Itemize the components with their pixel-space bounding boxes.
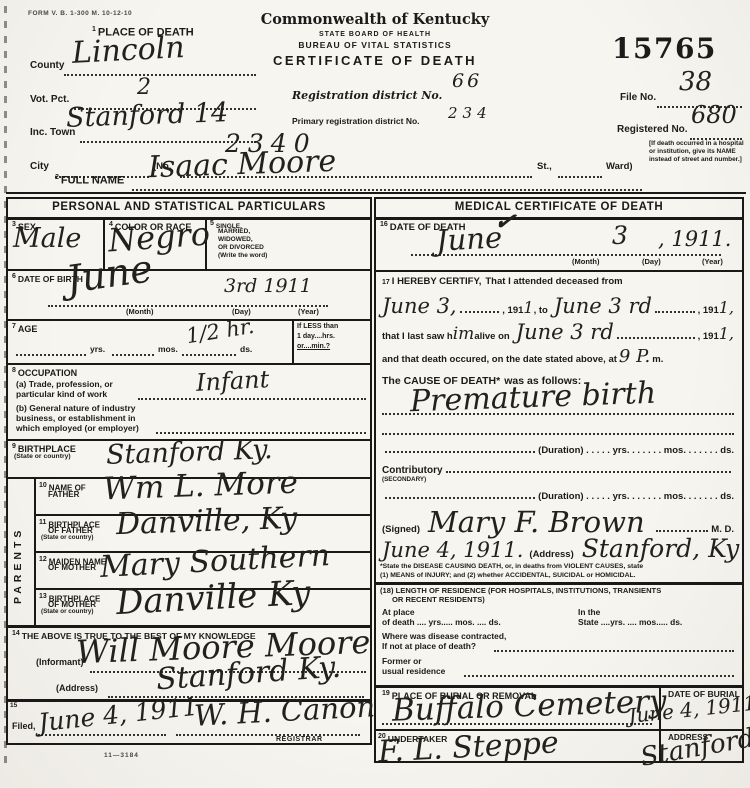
occupation-heading: 8OCCUPATION <box>12 367 77 379</box>
section-14-number: 14 <box>12 630 20 637</box>
parents-vertical-label: PARENTS <box>13 499 25 604</box>
disease-contracted-line1: Where was disease contracted, <box>382 632 506 641</box>
section-19-number: 19 <box>382 690 390 697</box>
county-value-handwriting: Lincoln <box>71 33 185 69</box>
father-name-handwriting: Wm L. More <box>103 468 299 506</box>
last-saw-date-handwriting: June 3 rd <box>516 327 614 338</box>
vot-pct-value-handwriting: 2 <box>137 77 151 99</box>
death-occured-label: and that death occured, on the date stat… <box>382 354 617 365</box>
registration-district-label: Registration district No. <box>292 90 442 102</box>
section-16-number: 16 <box>380 221 388 228</box>
dotted-leader <box>16 354 86 356</box>
certificate-number: 15765 <box>612 34 717 65</box>
section-13-number: 13 <box>39 593 47 600</box>
section-8-number: 8 <box>12 367 16 374</box>
residence-header-line2: OR RECENT RESIDENTS) <box>392 596 485 604</box>
section-10-number: 10 <box>39 482 47 489</box>
certify-line-3: that I last saw h im alive on June 3 rd … <box>382 327 734 342</box>
dob-month-label: (Month) <box>126 308 153 316</box>
dotted-leader <box>48 305 328 307</box>
section-5-number: 5 <box>210 220 214 227</box>
marital-line4: OR DIVORCED <box>218 244 264 251</box>
residence-at-place-line1: At place <box>382 608 415 617</box>
meridiem-label: m. <box>652 354 663 365</box>
attended-from-handwriting: June 3, <box>382 301 457 312</box>
signed-address-handwriting: Stanford, Ky <box>582 543 740 556</box>
city-label: City <box>30 161 49 172</box>
residence-in-state-line1: In the <box>578 608 600 617</box>
section-9-number: 9 <box>12 443 16 450</box>
occupation-a-line2: particular kind of work <box>16 390 107 399</box>
death-year-handwriting: , 1911. <box>658 229 731 250</box>
state-board-line: STATE BOARD OF HEALTH <box>258 31 492 39</box>
dotted-leader <box>132 189 642 191</box>
full-name-label: FULL NAME <box>61 175 124 187</box>
dotted-leader <box>138 398 366 400</box>
age-heading: 7AGE <box>12 323 37 335</box>
cell-divider <box>292 319 294 363</box>
registrar-label: REGISTRAR <box>276 736 323 744</box>
death-day-label: (Day) <box>642 258 661 266</box>
physician-signature-handwriting: Mary F. Brown <box>428 515 645 530</box>
cause-footnote-line2: (1) MEANS of INJURY; and (2) whether ACC… <box>380 572 636 579</box>
personal-section: PERSONAL AND STATISTICAL PARTICULARS 3SE… <box>6 197 372 745</box>
dob-year-label: (Year) <box>298 308 319 316</box>
section-12-number: 12 <box>39 556 47 563</box>
registration-district-value-handwriting: 66 <box>452 72 482 91</box>
death-certificate-scan: FORM V. B. 1-300 M. 10-12-10 1PLACE OF D… <box>0 0 750 788</box>
medical-section: MEDICAL CERTIFICATE OF DEATH 16DATE OF D… <box>374 197 744 763</box>
file-no-value-handwriting: 38 <box>679 69 712 95</box>
commonwealth-line: Commonwealth of Kentucky <box>258 12 492 28</box>
contributory-label: Contributory <box>382 465 443 476</box>
saw-year-digit-handwriting: 1, <box>719 330 734 338</box>
signed-date-handwriting: June 4, 1911. <box>382 545 523 556</box>
burial-place-handwriting: Buffalo Cemetery <box>392 686 667 727</box>
occupation-a-line1: (a) Trade, profession, or <box>16 380 113 389</box>
age-mos-label: mos. <box>158 345 178 354</box>
ward-label: Ward) <box>606 162 633 172</box>
dob-month-handwriting: June <box>64 249 155 299</box>
signed-date-line: June 4, 1911. (Address) Stanford, Ky <box>382 543 734 560</box>
rule <box>376 270 742 272</box>
contributory-line: Contributory <box>382 465 734 476</box>
attended-to-handwriting: June 3 rd <box>554 301 652 312</box>
certify-line-4: and that death occured, on the date stat… <box>382 352 734 365</box>
full-name-heading: 2FULL NAME <box>55 174 124 187</box>
personal-section-title: PERSONAL AND STATISTICAL PARTICULARS <box>8 201 370 213</box>
dotted-leader <box>385 451 535 453</box>
him-handwriting: im <box>453 330 475 339</box>
dotted-leader <box>494 650 734 652</box>
section-17-number: 17 <box>382 279 390 286</box>
dotted-leader <box>176 734 360 736</box>
dob-day-year-handwriting: 3rd 1911 <box>224 277 312 296</box>
dotted-leader <box>385 497 535 499</box>
double-rule-top <box>6 192 746 194</box>
age-less-line1: If LESS than <box>297 323 338 331</box>
mother-birthplace-handwriting: Danville Ky <box>115 576 311 620</box>
death-year-label: (Year) <box>702 258 723 266</box>
residence-at-place-line2: of death .... yrs..... mos. .... ds. <box>382 618 501 627</box>
rule <box>376 729 742 731</box>
year-print-label: , 191 <box>698 305 719 316</box>
section-7-number: 7 <box>12 323 16 330</box>
year-print-label: , 191 <box>698 331 719 342</box>
father-name-label2: FATHER <box>48 491 79 500</box>
certify-bold-label: I HEREBY CERTIFY, <box>392 276 482 287</box>
sex-value-handwriting: Male <box>13 225 81 252</box>
dotted-leader <box>64 74 256 76</box>
dotted-leader <box>464 675 734 677</box>
certify-line-1: 17 I HEREBY CERTIFY, That I attended dec… <box>382 276 734 287</box>
section-1-number: 1 <box>92 26 96 33</box>
primary-district-label: Primary registration district No. <box>292 117 420 126</box>
age-less-line3: or....min.? <box>297 343 330 351</box>
age-less-line2: 1 day....hrs. <box>297 333 335 341</box>
registrar-signature-handwriting: W. H. Canon <box>193 692 375 730</box>
heavy-rule <box>376 582 742 585</box>
residence-in-state-line2: State ....yrs. .... mos..... ds. <box>578 618 682 627</box>
signed-label: (Signed) <box>382 524 420 535</box>
rule <box>8 269 370 271</box>
occupation-value-handwriting: Infant <box>195 367 269 395</box>
form-code: FORM V. B. 1-300 M. 10-12-10 <box>28 10 132 17</box>
rule <box>376 217 742 220</box>
disease-contracted-line2: If not at place of death? <box>382 642 476 651</box>
alive-on-label: alive on <box>474 331 509 342</box>
mother-birthplace-sub: (State or country) <box>41 609 93 616</box>
informant-address-label: (Address) <box>56 684 98 694</box>
marital-line2: MARRIED, <box>218 228 250 235</box>
footer-plate-code: 11—3184 <box>104 752 139 759</box>
age-yrs-label: yrs. <box>90 345 105 354</box>
signed-address-label: (Address) <box>529 549 573 560</box>
file-no-label: File No. <box>620 92 656 103</box>
duration-labels: (Duration) . . . . . yrs. . . . . . . mo… <box>538 491 734 502</box>
rule <box>8 319 370 321</box>
dotted-leader <box>112 354 154 356</box>
occupation-b-line3: which employed (or employer) <box>16 424 139 433</box>
undertaker-signature-handwriting: F. L. Steppe <box>377 728 559 767</box>
hospital-note: [If death occurred in a hospital or inst… <box>649 140 744 164</box>
dotted-leader <box>617 337 695 339</box>
section-15-number: 15 <box>10 702 17 709</box>
certify-line-2: June 3, , 191 1 , to June 3 rd , 191 1, <box>382 301 734 316</box>
from-year-digit-handwriting: 1 <box>523 304 533 312</box>
age-ds-label: ds. <box>240 345 252 354</box>
signed-line: (Signed) Mary F. Brown M. D. <box>382 515 734 535</box>
death-month-label: (Month) <box>572 258 599 266</box>
registered-no-value-handwriting: 680 <box>691 103 737 127</box>
dotted-leader <box>182 354 236 356</box>
dotted-leader <box>460 311 500 313</box>
dotted-leader <box>655 311 695 313</box>
full-name-value-handwriting: Isaac Moore <box>148 147 337 184</box>
age-label: AGE <box>18 324 38 334</box>
vot-pct-label: Vot. Pct. <box>30 94 69 105</box>
duration-line-2: (Duration) . . . . . yrs. . . . . . . mo… <box>382 491 734 502</box>
birthplace-sub-label: (State or country) <box>14 453 71 460</box>
section-2-number: 2 <box>55 174 59 181</box>
street-label: St., <box>537 162 552 172</box>
duration-labels: (Duration) . . . . . yrs. . . . . . . mo… <box>538 445 734 456</box>
medical-section-title: MEDICAL CERTIFICATE OF DEATH <box>376 201 742 213</box>
marital-write-word-label: (Write the word) <box>218 252 267 259</box>
primary-district-value-handwriting: 234 <box>448 106 492 121</box>
father-birthplace-handwriting: Danville, Ky <box>116 504 298 540</box>
year-print-label: , 191 <box>502 305 523 316</box>
duration-line-1: (Duration) . . . . . yrs. . . . . . . mo… <box>382 445 734 456</box>
to-year-digit-handwriting: 1, <box>719 304 734 312</box>
section-11-number: 11 <box>39 519 46 526</box>
cause-of-death-handwriting: Premature birth <box>410 379 657 418</box>
section-6-number: 6 <box>12 273 16 280</box>
to-word-label: , to <box>534 305 548 316</box>
county-label: County <box>30 60 64 71</box>
rule <box>8 363 370 365</box>
certify-rest-label: That I attended deceased from <box>485 276 622 287</box>
secondary-label: (SECONDARY) <box>382 477 426 484</box>
hour-handwriting: 9 P. <box>619 352 650 361</box>
marital-line3: WIDOWED, <box>218 236 253 243</box>
dotted-leader <box>558 176 602 178</box>
last-saw-label: that I last saw h <box>382 331 453 342</box>
dotted-leader <box>446 471 731 473</box>
death-day-handwriting: 3 <box>612 223 628 248</box>
death-month-handwriting: June <box>435 223 503 255</box>
cause-footnote-line1: *State the DISEASE CAUSING DEATH, or, in… <box>380 563 643 570</box>
mother-maiden-label2: OF MOTHER <box>48 564 96 573</box>
father-birthplace-sub: (State or country) <box>41 535 93 542</box>
former-residence-line2: usual residence <box>382 667 445 676</box>
certificate-title: CERTIFICATE OF DEATH <box>258 54 492 68</box>
occupation-label: OCCUPATION <box>18 368 77 378</box>
dotted-leader <box>382 433 734 435</box>
occupation-b-line1: (b) General nature of industry <box>16 404 136 413</box>
birthplace-value-handwriting: Stanford Ky. <box>106 436 273 469</box>
bureau-line: BUREAU OF VITAL STATISTICS <box>258 41 492 50</box>
occupation-b-line2: business, or establishment in <box>16 414 136 423</box>
former-residence-line1: Former or <box>382 657 422 666</box>
filed-label: Filed, <box>12 722 36 732</box>
inc-town-value-handwriting: Stanford 14 <box>66 99 229 132</box>
registered-no-label: Registered No. <box>617 124 688 135</box>
dotted-leader <box>656 530 709 532</box>
